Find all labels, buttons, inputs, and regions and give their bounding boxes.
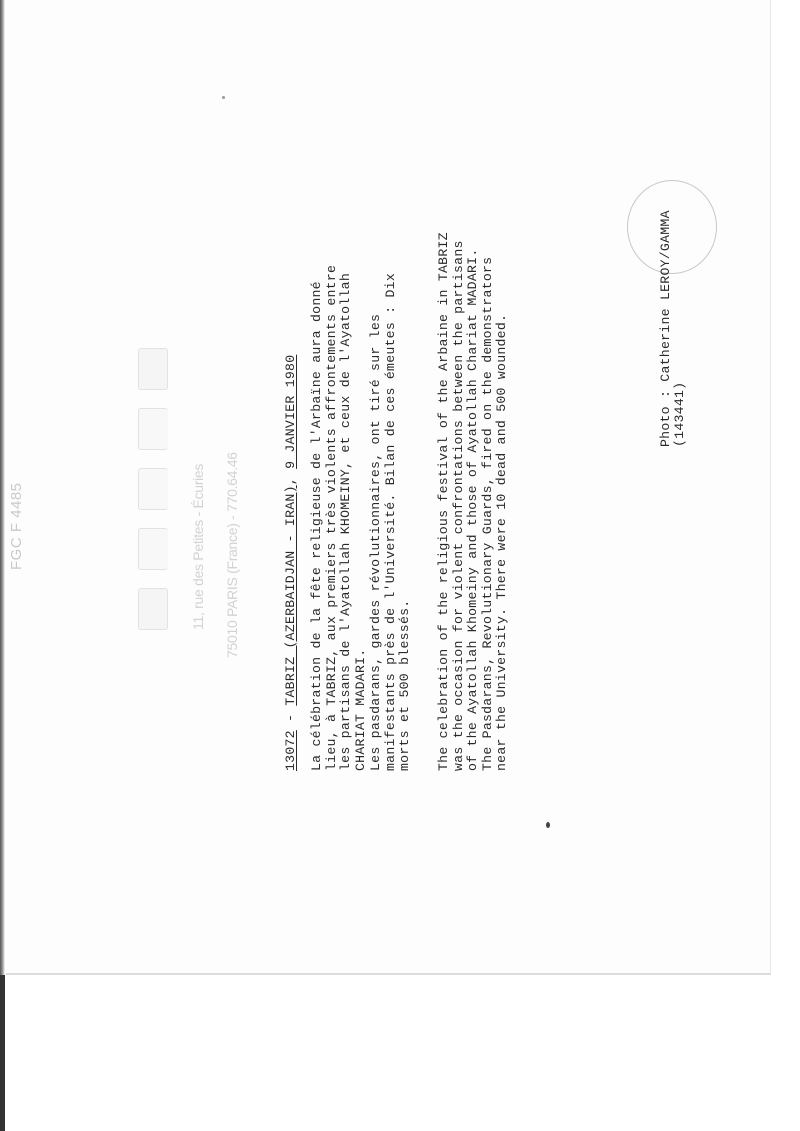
logo-letter-block: [138, 348, 168, 390]
caption-line: La célébration de la fête religieuse de …: [310, 281, 323, 771]
photo-archive-number: (143441): [673, 382, 686, 447]
caption-line: morts et 500 blessés.: [398, 600, 411, 771]
logo-letter-block: [138, 528, 168, 570]
caption-line: lieu, à TABRIZ, aux premiers très violen…: [325, 265, 338, 771]
caption-heading: 13072 - TABRIZ (AZERBAIDJAN - IRAN), 9 J…: [284, 355, 297, 771]
logo-letter-block: [138, 588, 168, 630]
caption-line: near the University. There were 10 dead …: [495, 314, 508, 771]
heading-place: TABRIZ (AZERBAIDJAN - IRAN): [283, 485, 298, 705]
photo-credit: Photo : Catherine LEROY/GAMMA: [659, 210, 672, 447]
caption-line: was the occasion for violent confrontati…: [452, 240, 465, 771]
stamp-address: 11, rue des Petites - Écuries: [190, 464, 206, 630]
caption-line: The Pasdarans, Revolutionary Guards, fir…: [481, 257, 494, 771]
heading-date: 9 JANVIER 1980: [283, 355, 298, 469]
caption-line: manifestants près de l'Université. Bilan…: [384, 273, 397, 771]
caption-line: les partisans de l'Ayatollah KHOMEINY, e…: [339, 273, 352, 771]
caption-line: CHARIAT MADARI.: [354, 649, 367, 771]
logo-letter-block: [138, 468, 168, 510]
heading-comma: ,: [283, 469, 298, 485]
caption-line: The celebration of the religious festiva…: [437, 232, 450, 771]
reference-number: 13072: [283, 730, 298, 771]
stamp-city-phone: 75010 PARIS (France) - 770.64.46: [224, 452, 240, 658]
scan-speck: [546, 822, 550, 828]
scan-speck: [222, 96, 225, 99]
heading-separator: -: [283, 706, 298, 731]
scan-left-edge: [0, 0, 5, 1131]
scan-lower-edge: [0, 975, 5, 1131]
caption-line: of the Ayatollah Khomeiny and those of A…: [466, 249, 479, 771]
caption-line: Les pasdarans, gardes révolutionnaires, …: [369, 314, 382, 771]
gamma-logo: [138, 348, 170, 630]
handwritten-archive-note: FGC F 4485: [8, 482, 25, 570]
logo-letter-block: [138, 408, 168, 450]
